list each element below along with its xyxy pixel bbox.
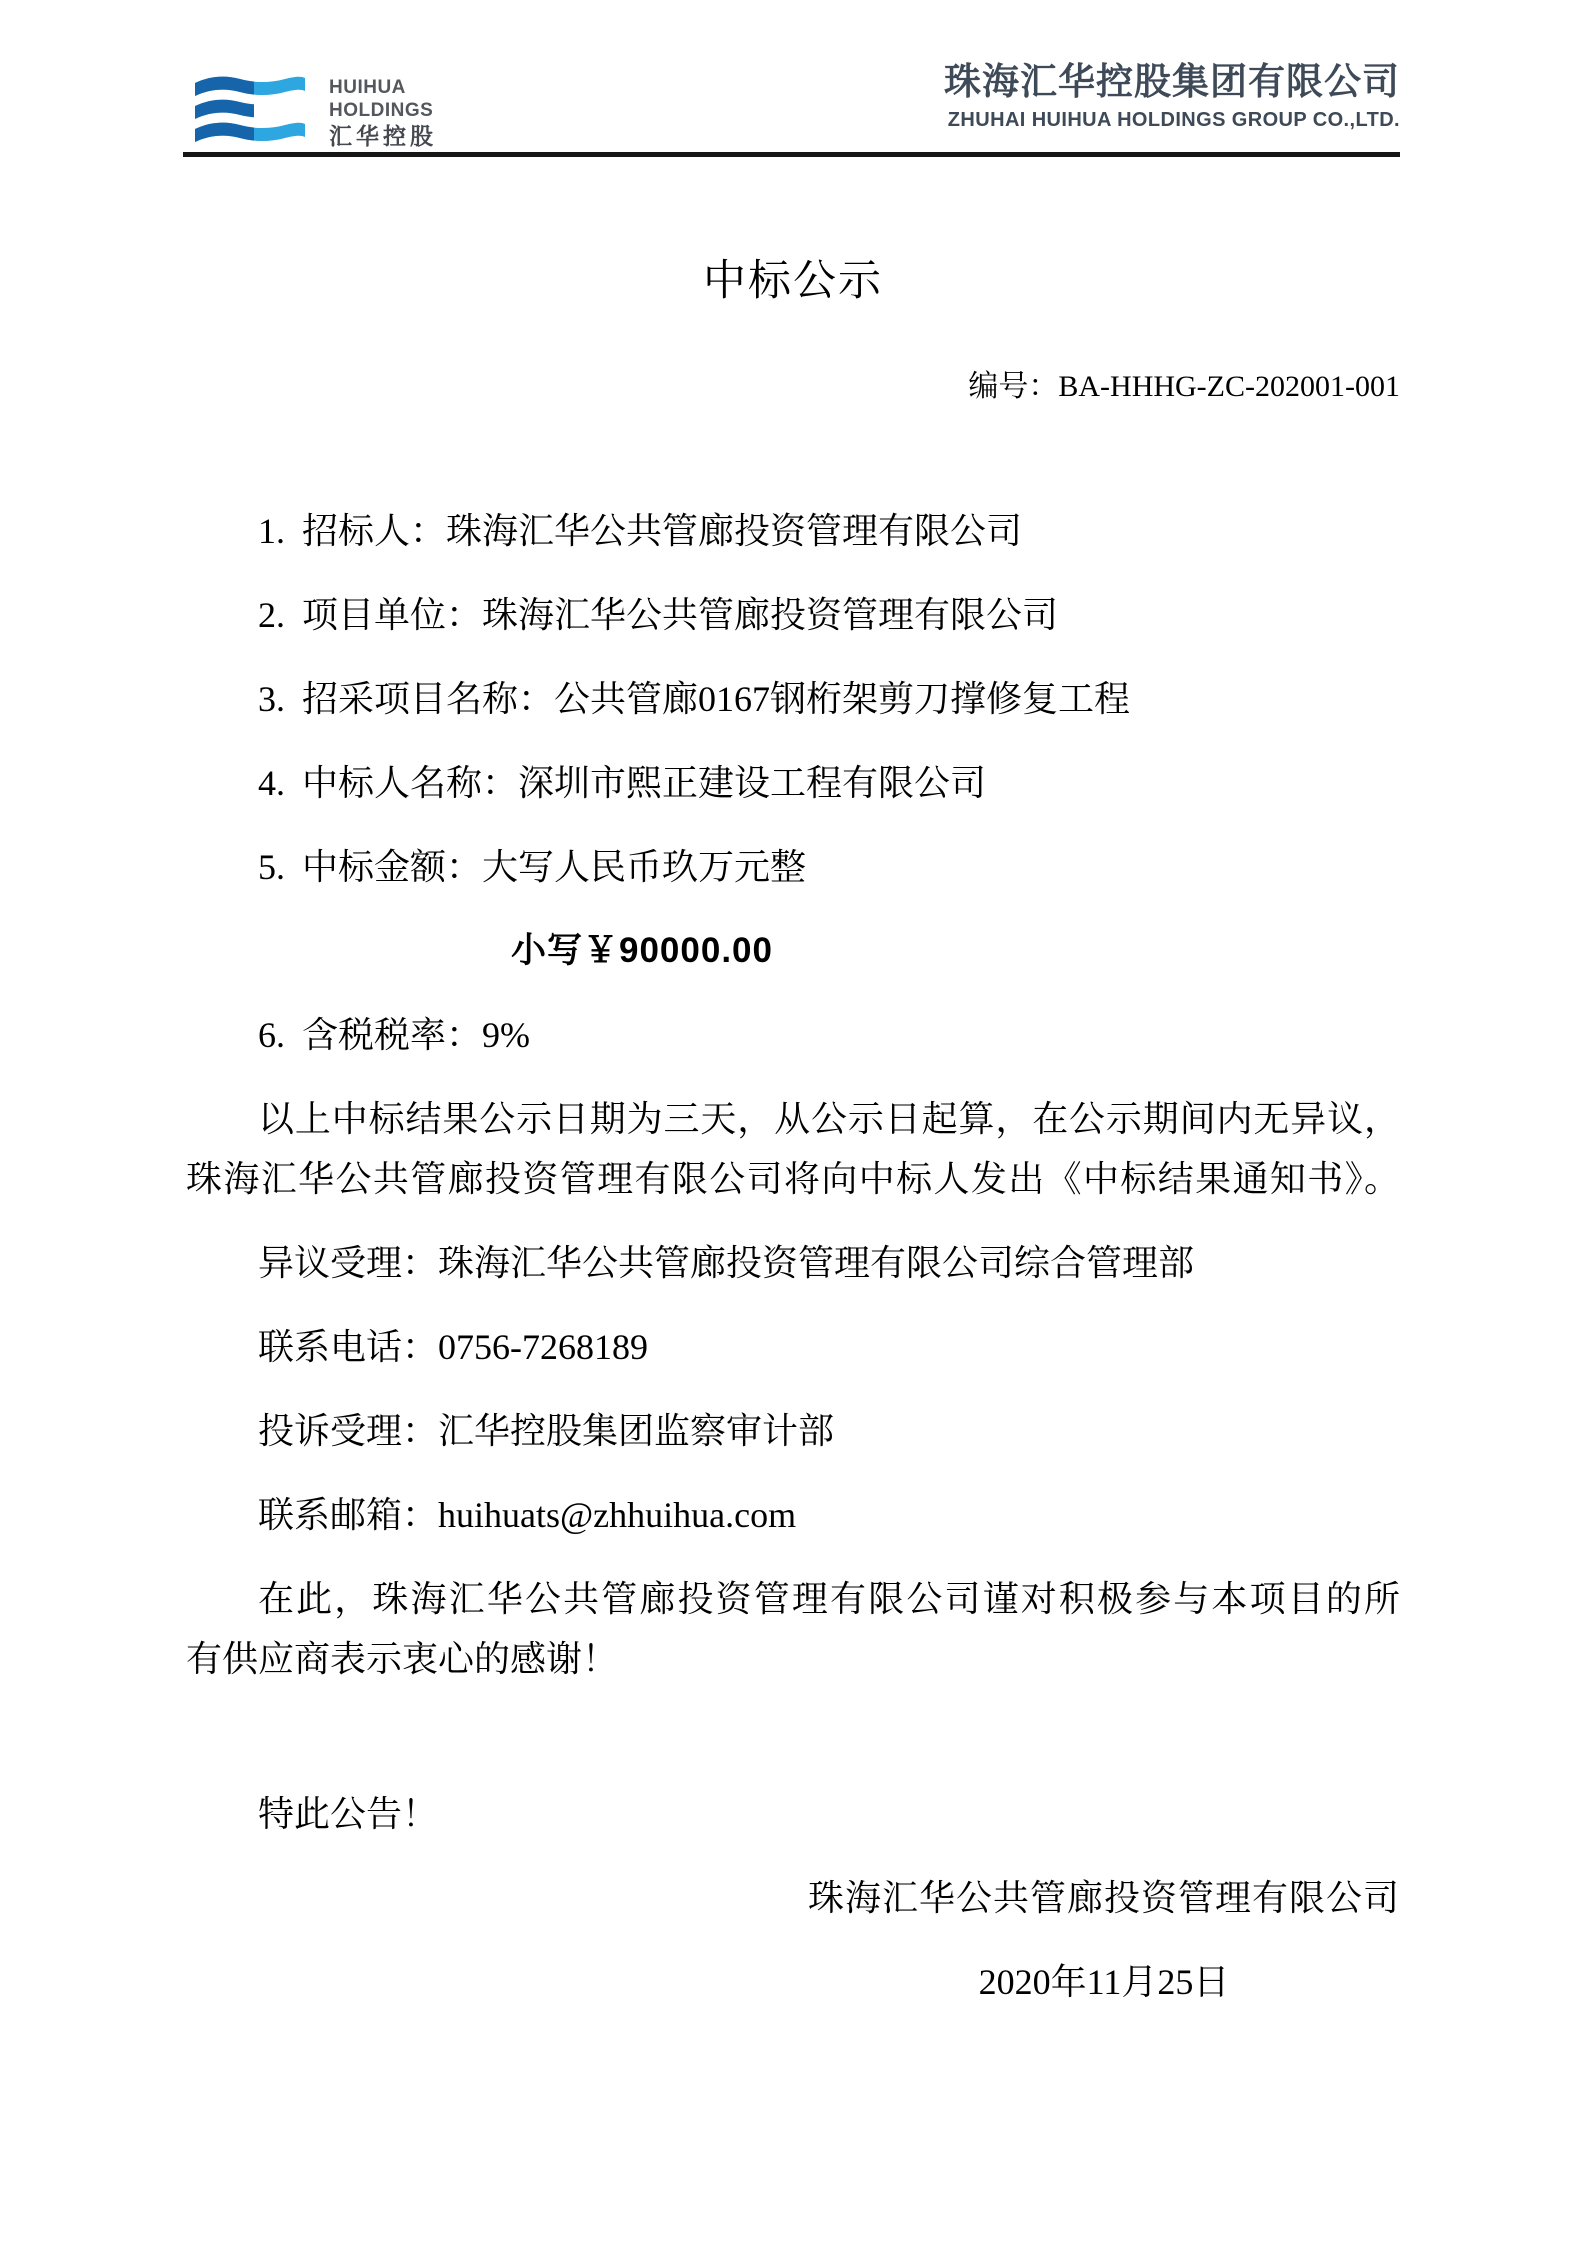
logo-name-line2: HOLDINGS xyxy=(329,99,437,122)
document-body: 中标公示 编号：BA-HHHG-ZC-202001-001 1.招标人：珠海汇华… xyxy=(186,157,1400,2012)
list-item-5-number: 5. xyxy=(258,837,302,897)
complaint-contact-line: 投诉受理：汇华控股集团监察审计部 xyxy=(186,1401,1400,1461)
list-item-5-text: 中标金额：大写人民币玖万元整 xyxy=(302,847,806,887)
company-name-chinese: 珠海汇华控股集团有限公司 xyxy=(944,60,1400,104)
announcement-line-2: 珠海汇华公共管廊投资管理有限公司将向中标人发出《中标结果通知书》。 xyxy=(186,1149,1400,1209)
list-item-6-number: 6. xyxy=(258,1005,302,1065)
thanks-line-2: 有供应商表示衷心的感谢！ xyxy=(186,1629,1400,1689)
thanks-line-1: 在此，珠海汇华公共管廊投资管理有限公司谨对积极参与本项目的所 xyxy=(186,1569,1400,1629)
list-item-1-text: 招标人：珠海汇华公共管廊投资管理有限公司 xyxy=(302,511,1022,551)
list-item-6: 6.含税税率：9% xyxy=(186,1005,1400,1065)
list-item-1-number: 1. xyxy=(258,501,302,561)
objection-contact-line: 异议受理：珠海汇华公共管廊投资管理有限公司综合管理部 xyxy=(186,1233,1400,1293)
signature-block: 珠海汇华公共管廊投资管理有限公司 2020年11月25日 xyxy=(186,1868,1400,2012)
closing-statement: 特此公告！ xyxy=(186,1784,1400,1844)
list-item-2-text: 项目单位：珠海汇华公共管廊投资管理有限公司 xyxy=(302,595,1058,635)
document-number: 编号：BA-HHHG-ZC-202001-001 xyxy=(186,357,1400,417)
signature-inner: 珠海汇华公共管廊投资管理有限公司 2020年11月25日 xyxy=(808,1868,1400,2012)
list-item-4: 4.中标人名称：深圳市熙正建设工程有限公司 xyxy=(186,753,1400,813)
logo-wordmark: HUIHUA HOLDINGS 汇华控股 xyxy=(329,75,437,149)
announcement-line-1: 以上中标结果公示日期为三天，从公示日起算，在公示期间内无异议， xyxy=(186,1089,1400,1149)
list-item-3-number: 3. xyxy=(258,669,302,729)
email-line: 联系邮箱：huihuats@zhhuihua.com xyxy=(186,1485,1400,1545)
numbered-list: 1.招标人：珠海汇华公共管廊投资管理有限公司 2.项目单位：珠海汇华公共管廊投资… xyxy=(186,501,1400,1065)
phone-line: 联系电话：0756-7268189 xyxy=(186,1317,1400,1377)
signature-company: 珠海汇华公共管廊投资管理有限公司 xyxy=(808,1868,1400,1928)
document-page: HUIHUA HOLDINGS 汇华控股 珠海汇华控股集团有限公司 ZHUHAI… xyxy=(0,0,1588,2245)
list-item-4-text: 中标人名称：深圳市熙正建设工程有限公司 xyxy=(302,763,986,803)
letterhead-company-block: 珠海汇华控股集团有限公司 ZHUHAI HUIHUA HOLDINGS GROU… xyxy=(944,60,1400,132)
letterhead-logo: HUIHUA HOLDINGS 汇华控股 xyxy=(195,75,437,149)
company-name-english: ZHUHAI HUIHUA HOLDINGS GROUP CO.,LTD. xyxy=(944,108,1400,132)
thanks-paragraph: 在此，珠海汇华公共管廊投资管理有限公司谨对积极参与本项目的所 有供应商表示衷心的… xyxy=(186,1569,1400,1689)
signature-date: 2020年11月25日 xyxy=(808,1952,1400,2012)
list-item-3: 3.招采项目名称：公共管廊0167钢桁架剪刀撑修复工程 xyxy=(186,669,1400,729)
list-item-3-text: 招采项目名称：公共管廊0167钢桁架剪刀撑修复工程 xyxy=(302,679,1130,719)
list-item-2-number: 2. xyxy=(258,585,302,645)
list-item-4-number: 4. xyxy=(258,753,302,813)
announcement-paragraph: 以上中标结果公示日期为三天，从公示日起算，在公示期间内无异议， 珠海汇华公共管廊… xyxy=(186,1089,1400,1209)
list-item-1: 1.招标人：珠海汇华公共管廊投资管理有限公司 xyxy=(186,501,1400,561)
list-item-6-text: 含税税率：9% xyxy=(302,1015,530,1055)
list-item-5: 5.中标金额：大写人民币玖万元整 xyxy=(186,837,1400,897)
logo-name-chinese: 汇华控股 xyxy=(329,123,437,149)
huihua-waves-logo-icon xyxy=(195,75,305,143)
document-title: 中标公示 xyxy=(186,253,1400,311)
list-item-2: 2.项目单位：珠海汇华公共管廊投资管理有限公司 xyxy=(186,585,1400,645)
amount-lowercase-line: 小写￥90000.00 xyxy=(186,921,1400,981)
logo-name-line1: HUIHUA xyxy=(329,76,437,99)
